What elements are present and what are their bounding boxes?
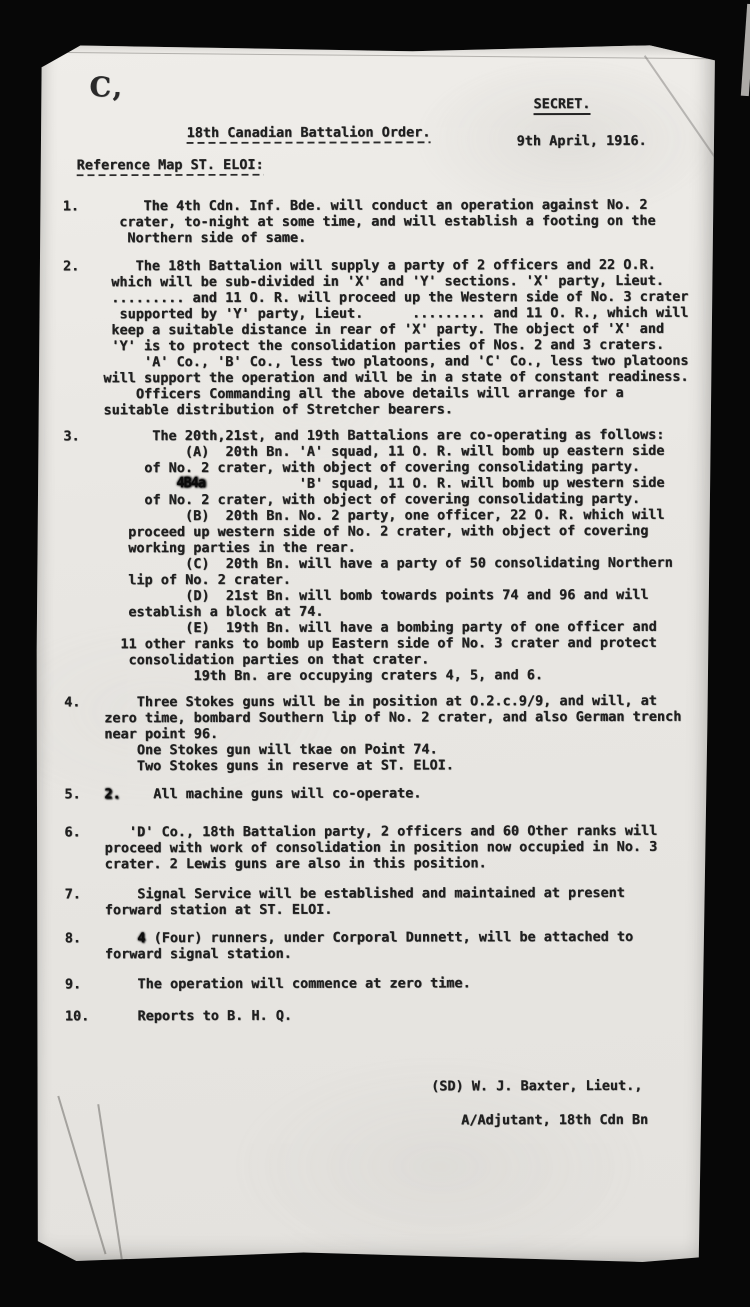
ink-blot: 4 [97, 930, 146, 946]
paragraph-text: Reports to B. H. Q. [97, 1007, 710, 1025]
order-paragraph-4: 4. Three Stokes guns will be in position… [64, 693, 709, 775]
paragraph-text: Three Stokes guns will be in position at… [96, 693, 709, 775]
ink-blot: 2. [96, 786, 120, 802]
paragraph-number: 4. [64, 694, 80, 710]
paragraph-text: 4 (Four) runners, under Corporal Dunnett… [97, 929, 710, 963]
order-paragraph-5: 5. 2. All machine guns will co-operate. [64, 785, 709, 803]
paragraph-text: Signal Service will be established and m… [97, 885, 710, 919]
paragraph-text-after-blot: All machine guns will co-operate. [121, 785, 422, 802]
paragraph-number: 8. [65, 930, 81, 946]
paragraph-number: 9. [65, 976, 81, 992]
paragraph-text: The 18th Battalion will supply a party o… [95, 257, 708, 419]
classification-label: SECRET. [533, 96, 590, 115]
document-title: 18th Canadian Battalion Order. [187, 124, 431, 144]
paragraph-text: The 20th,21st, and 19th Battalions are c… [95, 427, 709, 685]
signature-block: (SD) W. J. Baxter, Lieut., A/Adjutant, 1… [431, 1078, 648, 1129]
order-paragraph-8: 8. 4 (Four) runners, under Corporal Dunn… [65, 929, 710, 963]
order-paragraph-1: 1. The 4th Cdn. Inf. Bde. will conduct a… [63, 197, 708, 247]
paragraph-number: 3. [63, 428, 79, 444]
paragraph-text: The 4th Cdn. Inf. Bde. will conduct an o… [95, 197, 708, 247]
signature-role: A/Adjutant, 18th Cdn Bn [461, 1112, 648, 1128]
order-paragraph-6: 6. 'D' Co., 18th Battalion party, 2 offi… [64, 823, 709, 873]
scan-background: C, SECRET. 18th Canadian Battalion Order… [0, 0, 750, 1307]
order-paragraph-9: 9. The operation will commence at zero t… [65, 975, 710, 993]
paragraph-number: 6. [64, 824, 80, 840]
document-page: C, SECRET. 18th Canadian Battalion Order… [32, 38, 717, 1266]
paragraph-number: 7. [65, 886, 81, 902]
paragraph-number: 5. [64, 786, 80, 802]
paragraph-text: 'D' Co., 18th Battalion party, 2 officer… [96, 823, 709, 873]
paragraph-text: The operation will commence at zero time… [97, 975, 710, 993]
adjacent-page-edge [741, 4, 750, 96]
order-paragraph-10: 10. Reports to B. H. Q. [65, 1007, 710, 1025]
order-paragraph-2: 2. The 18th Battalion will supply a part… [63, 257, 708, 419]
signature-name: (SD) W. J. Baxter, Lieut., [431, 1078, 648, 1095]
order-paragraph-3: 3. The 20th,21st, and 19th Battalions ar… [63, 427, 709, 685]
file-corner-mark: C, [89, 80, 123, 96]
paragraph-number: 1. [63, 198, 79, 214]
paragraph-number: 2. [63, 258, 79, 274]
paragraph-text: 2. All machine guns will co-operate. [96, 785, 709, 803]
typed-content: C, SECRET. 18th Canadian Battalion Order… [34, 37, 715, 1263]
overstrike-correction: 4B4a [176, 475, 205, 492]
order-paragraph-7: 7. Signal Service will be established an… [65, 885, 710, 919]
document-date: 9th April, 1916. [517, 133, 647, 149]
paragraph-text-after-blot: (Four) runners, under Corporal Dunnett, … [97, 929, 633, 962]
paragraph-number: 10. [65, 1008, 89, 1024]
reference-map-line: Reference Map ST. ELOI: [77, 157, 264, 176]
